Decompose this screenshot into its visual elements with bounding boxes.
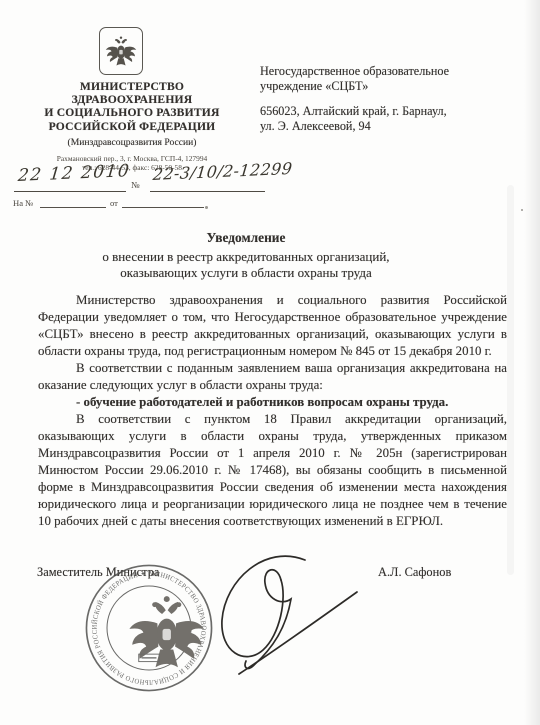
coat-of-arms-icon xyxy=(99,27,143,75)
ministry-letterhead: МИНИСТЕРСТВО ЗДРАВООХРАНЕНИЯ И СОЦИАЛЬНО… xyxy=(18,80,246,172)
letter-body: Министерство здравоохранения и социально… xyxy=(38,292,507,530)
scanned-letter-page: МИНИСТЕРСТВО ЗДРАВООХРАНЕНИЯ И СОЦИАЛЬНО… xyxy=(0,0,540,725)
signatory-name: А.Л. Сафонов xyxy=(378,565,451,580)
ministry-name-line: РОССИЙСКОЙ ФЕДЕРАЦИИ xyxy=(18,120,246,133)
number-symbol: № xyxy=(131,180,140,190)
ot-label: от xyxy=(110,198,118,208)
ot-underline xyxy=(122,207,204,208)
date-field-underline xyxy=(14,191,126,192)
recipient-block: Негосударственное образовательное учрежд… xyxy=(260,64,520,133)
ministry-short-name: (Минздравсоцразвития России) xyxy=(18,137,246,149)
title-subtitle-line1: о внесении в реестр аккредитованных орга… xyxy=(0,249,492,265)
scan-streak xyxy=(507,185,514,575)
recipient-name-line2: учреждение «СЦБТ» xyxy=(260,79,520,94)
official-stamp-icon: МИНИСТЕРСТВО ЗДРАВООХРАНЕНИЯ И СОЦИАЛЬНО… xyxy=(79,558,219,698)
document-title: Уведомление о внесении в реестр аккредит… xyxy=(0,230,492,280)
ministry-name-line: МИНИСТЕРСТВО xyxy=(18,80,246,93)
ministry-name-line: ЗДРАВООХРАНЕНИЯ xyxy=(18,93,246,106)
body-paragraph-2: В соответствии с поданным заявлением ваш… xyxy=(38,360,507,394)
na-no-underline xyxy=(40,207,106,208)
spacer xyxy=(260,93,520,104)
recipient-address-line1: 656023, Алтайский край, г. Барнаул, xyxy=(260,104,520,119)
double-headed-eagle-icon xyxy=(102,30,140,72)
title-subtitle-line2: оказывающих услуги в области охраны труд… xyxy=(0,265,492,281)
recipient-address-line2: ул. Э. Алексеевой, 94 xyxy=(260,119,520,134)
ministry-name-line: И СОЦИАЛЬНОГО РАЗВИТИЯ xyxy=(18,106,246,119)
scan-speck xyxy=(205,206,208,209)
scan-speck xyxy=(521,209,523,211)
reference-incoming-row: На № от xyxy=(0,196,280,210)
body-paragraph-1: Министерство здравоохранения и социально… xyxy=(38,292,507,360)
na-no-label: На № xyxy=(13,198,33,208)
accredited-service-item: - обучение работодателей и работников во… xyxy=(38,394,507,411)
title-heading: Уведомление xyxy=(0,230,492,245)
reference-date-number-row: № 22 12 2010 22-3/10/2-12299 xyxy=(0,168,280,194)
recipient-name-line1: Негосударственное образовательное xyxy=(260,64,520,79)
handwritten-date: 22 12 2010 xyxy=(17,161,131,186)
handwritten-signature-icon xyxy=(205,550,365,695)
body-paragraph-3: В соответствии с пунктом 18 Правил аккре… xyxy=(38,411,507,530)
number-field-underline xyxy=(150,191,265,192)
scan-edge-shadow xyxy=(524,0,540,725)
